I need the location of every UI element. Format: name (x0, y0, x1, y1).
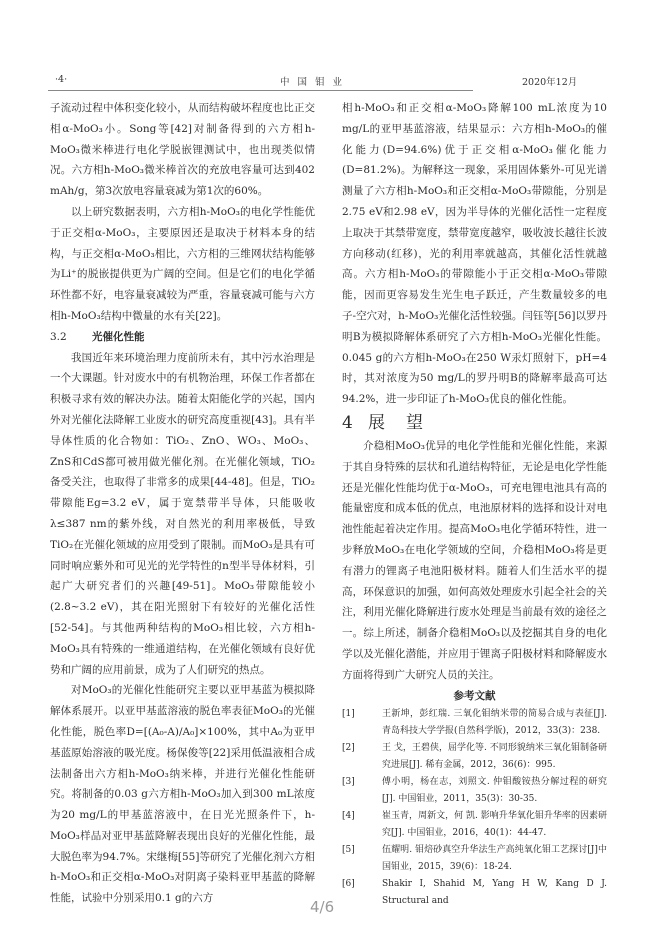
reference-index: [1] (342, 706, 355, 723)
reference-text: 傅小明，杨在志，刘照文. 仲钼酸铵热分解过程的研究[J]. 中国钼业，2011，… (382, 777, 607, 804)
reference-index: [2] (342, 740, 355, 757)
reference-text: 王 戈，王碧侠，屈学化等. 不同形貌纳米三氧化钼制备研究进展[J]. 稀有金属，… (382, 743, 607, 770)
section-title: 光催化性能 (92, 331, 145, 343)
reference-index: [3] (342, 774, 355, 791)
reference-item: [3]傅小明，杨在志，刘照文. 仲钼酸铵热分解过程的研究[J]. 中国钼业，20… (342, 774, 607, 808)
journal-title: 中国钼业 (280, 74, 350, 88)
section-heading: 3.2光催化性能 (50, 327, 315, 348)
reference-item: [6]Shakir I, Shahid M, Yang H W, Kang D … (342, 876, 607, 910)
reference-index: [6] (342, 876, 355, 893)
section-number: 4 (342, 410, 368, 436)
left-column: 子流动过程中体积变化较小，从而结构破坏程度也比正交相α-MoO₃小。Song等[… (50, 98, 315, 909)
reference-text: Shakir I, Shahid M, Yang H W, Kang D J. … (382, 879, 607, 906)
reference-item: [1]王新坤，彭红瑞. 三氧化钼纳米带的简易合成与表征[J]. 青岛科技大学学报… (342, 706, 607, 740)
reference-index: [4] (342, 808, 355, 825)
right-column: 相h-MoO₃和正交相α-MoO₃降解100 mL浓度为10 mg/L的亚甲基蓝… (342, 98, 607, 910)
section-title: 展 望 (368, 413, 425, 433)
paragraph: 相h-MoO₃和正交相α-MoO₃降解100 mL浓度为10 mg/L的亚甲基蓝… (342, 98, 607, 410)
page-header: ·4· 中国钼业 2020年12月 (50, 72, 472, 90)
reference-text: 王新坤，彭红瑞. 三氧化钼纳米带的简易合成与表征[J]. 青岛科技大学学报(自然… (382, 709, 607, 736)
references-heading: 参考文献 (342, 686, 607, 707)
page-indicator: 4/6 (310, 898, 334, 916)
reference-item: [2]王 戈，王碧侠，屈学化等. 不同形貌纳米三氧化钼制备研究进展[J]. 稀有… (342, 740, 607, 774)
reference-list: [1]王新坤，彭红瑞. 三氧化钼纳米带的简易合成与表征[J]. 青岛科技大学学报… (342, 706, 607, 910)
reference-text: 伍耀明. 钼焙砂真空升华法生产高纯氧化钼工艺探讨[J]中国钼业，2015，39(… (382, 845, 607, 872)
reference-item: [5]伍耀明. 钼焙砂真空升华法生产高纯氧化钼工艺探讨[J]中国钼业，2015，… (342, 842, 607, 876)
issue-date: 2020年12月 (522, 74, 642, 88)
header-rule (48, 90, 473, 91)
paragraph: 我国近年来环境治理力度前所未有，其中污水治理是一个大课题。针对废水中的有机物治理… (50, 348, 315, 681)
paragraph: 子流动过程中体积变化较小，从而结构破坏程度也比正交相α-MoO₃小。Song等[… (50, 98, 315, 202)
paragraph: 以上研究数据表明，六方相h-MoO₃的电化学性能优于正交相α-MoO₃，主要原因… (50, 202, 315, 327)
page-number: ·4· (55, 74, 67, 85)
section-number: 3.2 (50, 327, 92, 348)
document-page: ·4· 中国钼业 2020年12月 子流动过程中体积变化较小，从而结构破坏程度也… (0, 0, 668, 938)
paragraph: 介稳相MoO₃优异的电化学性能和光催化性能，来源于其自身特殊的层状和孔道结构特征… (342, 436, 607, 686)
reference-index: [5] (342, 842, 355, 859)
reference-text: 崔玉青，周新文，何 凯. 影响升华氧化钼升华率的因素研究[J]. 中国钼业，20… (382, 811, 607, 838)
section-heading: 4展 望 (342, 410, 607, 436)
paragraph: 对MoO₃的光催化性能研究主要以亚甲基蓝为模拟降解体系展开。以亚甲基蓝溶液的脱色… (50, 680, 315, 909)
reference-item: [4]崔玉青，周新文，何 凯. 影响升华氧化钼升华率的因素研究[J]. 中国钼业… (342, 808, 607, 842)
